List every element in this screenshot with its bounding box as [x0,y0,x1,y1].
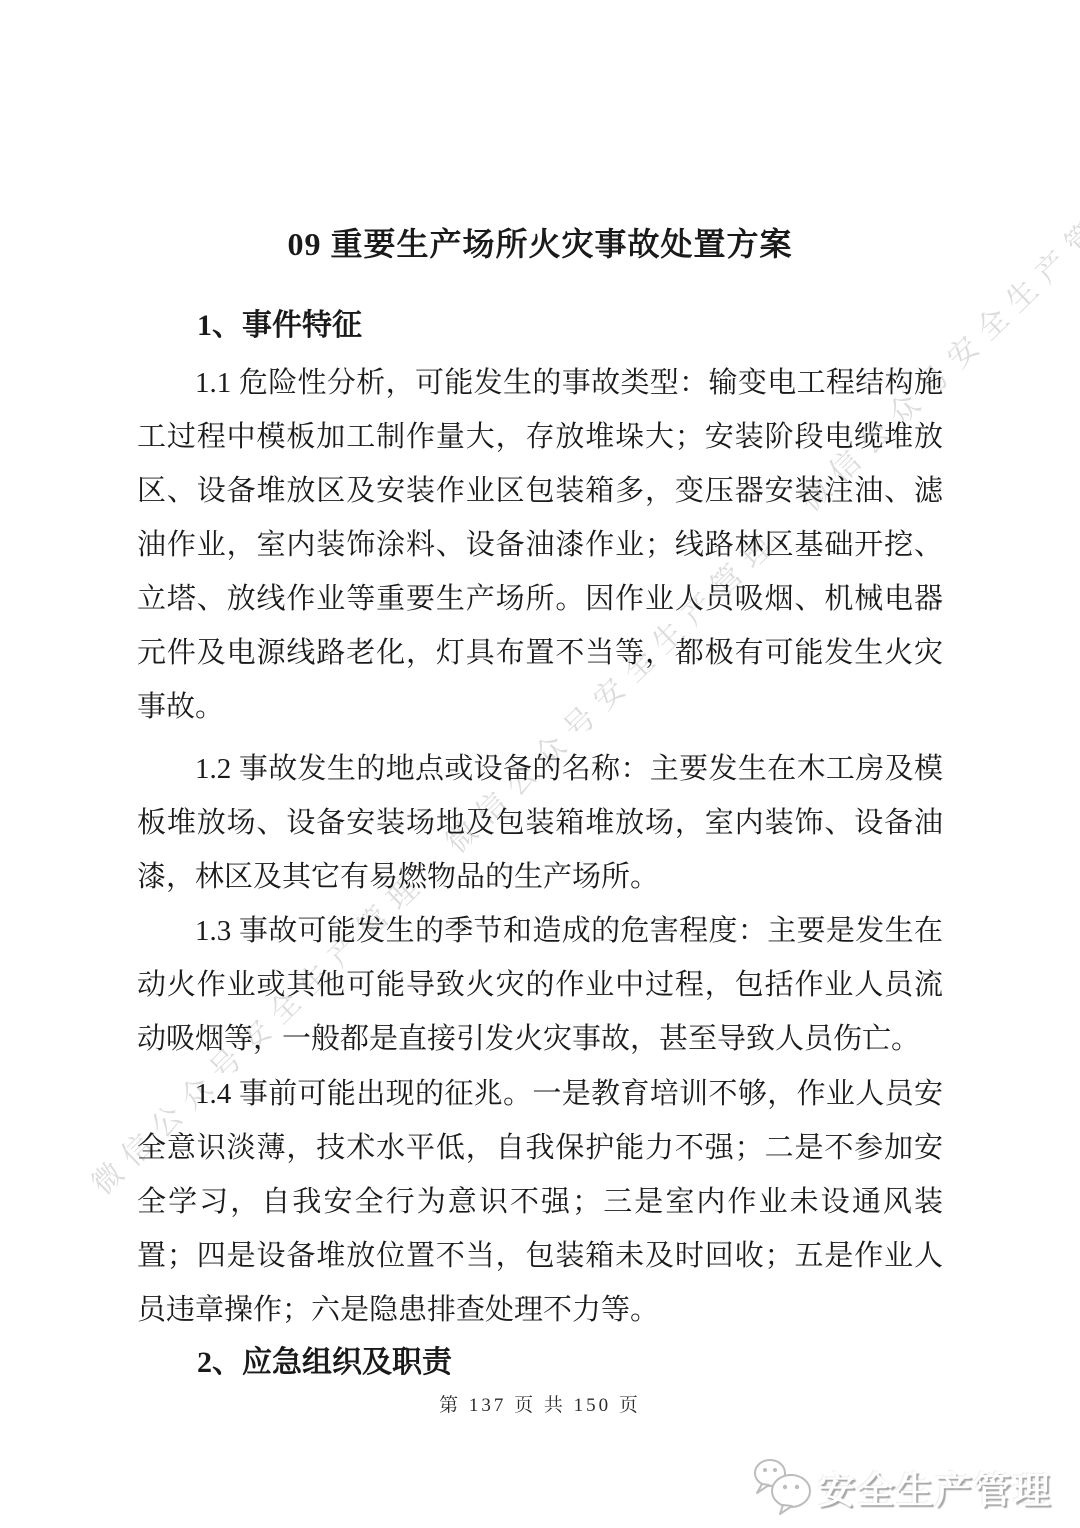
wechat-chat-bubbles-icon [752,1458,814,1516]
document-page: 09 重要生产场所火灾事故处置方案 1、事件特征 1.1 危险性分析，可能发生的… [0,0,1080,1381]
document-title: 09 重要生产场所火灾事故处置方案 [0,0,1080,262]
paragraph-1-2: 1.2 事故发生的地点或设备的名称：主要发生在木工房及模板堆放场、设备安装场地及… [137,742,943,904]
paragraph-1-1: 1.1 危险性分析，可能发生的事故类型：输变电工程结构施工过程中模板加工制作量大… [137,356,943,734]
page-number-indicator: 第 137 页 共 150 页 [0,1390,1080,1417]
brand-stamp: 安全生产管理 [752,1458,1052,1516]
paragraph-1-4: 1.4 事前可能出现的征兆。一是教育培训不够，作业人员安全意识淡薄，技术水平低，… [137,1067,943,1337]
section-heading-2: 2、应急组织及职责 [137,1345,943,1381]
section-heading-1: 1、事件特征 [137,308,943,344]
brand-label: 安全生产管理 [818,1460,1052,1514]
paragraph-1-3: 1.3 事故可能发生的季节和造成的危害程度：主要是发生在动火作业或其他可能导致火… [137,904,943,1066]
